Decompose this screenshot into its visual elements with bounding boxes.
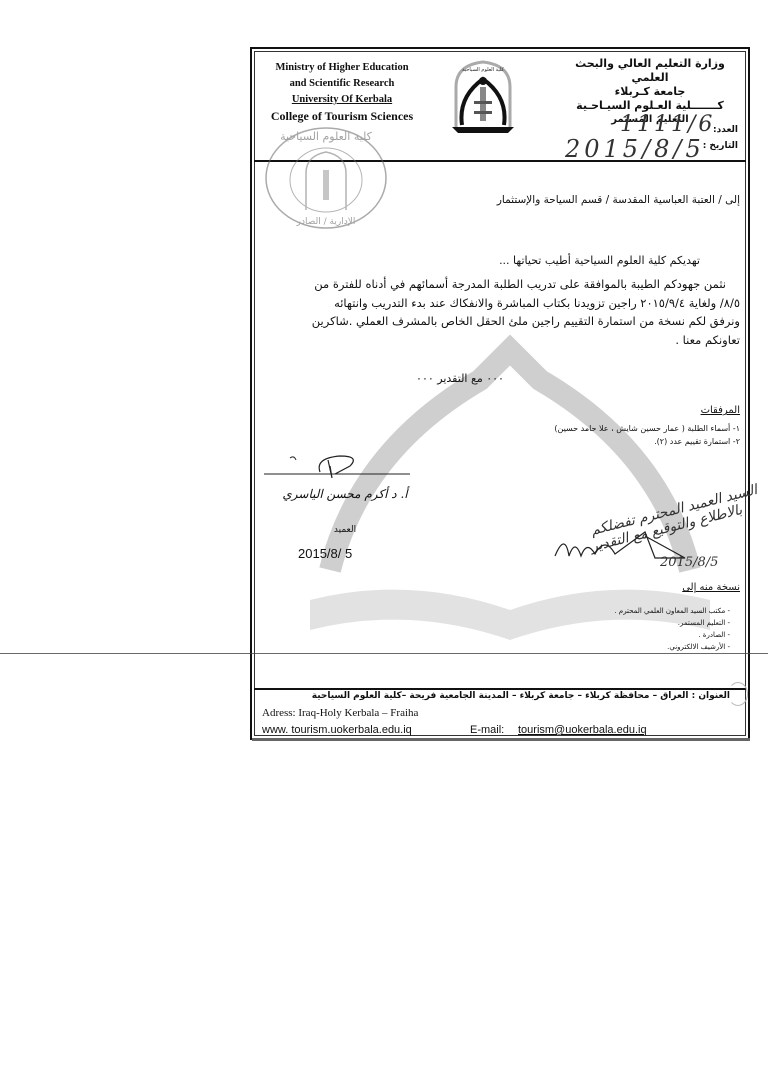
footer-address-arabic: العنوان : العراق – محافظة كربلاء – جامعة… — [260, 691, 730, 701]
attachment-item: ٢- استمارة تقييم عدد (٢). — [460, 435, 740, 448]
college-line-ar: كـــــــلية العـلوم السيـاحـية — [560, 99, 740, 113]
college-stamp-icon: كلية العلوم السياحية الإدارية / الصادر — [262, 118, 390, 230]
attachments-title: المرفقات — [600, 405, 740, 416]
svg-text:كلية العلوم السياحية: كلية العلوم السياحية — [462, 67, 504, 73]
copy-item: الأرشيف الالكتروني. — [560, 641, 730, 653]
copy-item: الصادرة . — [560, 629, 730, 641]
copies-title: نسخة منه إلى — [640, 582, 740, 593]
svg-text:الإدارية / الصادر: الإدارية / الصادر — [296, 217, 356, 227]
handwritten-note-date: 2015/8/5 — [660, 555, 718, 570]
svg-text:كلية العلوم السياحية: كلية العلوم السياحية — [280, 130, 373, 143]
dean-signature-icon — [260, 452, 420, 482]
university-line: University Of Kerbala — [262, 92, 422, 108]
college-emblem-icon: كلية العلوم السياحية — [448, 57, 518, 137]
university-line-ar: جامعة كـربلاء — [560, 85, 740, 99]
dean-name: أ. د أكرم محسن الياسري — [270, 487, 420, 501]
footer-website-link[interactable]: www. tourism.uokerbala.edu.iq — [262, 724, 412, 736]
recipient-line: إلى / العتبة العباسية المقدسة / قسم السي… — [370, 194, 740, 206]
body-line-3: ونرفق لكم نسخة من استمارة التقييم راجين … — [262, 312, 740, 331]
reference-number-handwritten: 1111/6 — [620, 112, 715, 137]
footer-email-link[interactable]: tourism@uokerbala.edu.iq — [518, 724, 647, 736]
ministry-line-ar: وزارة التعليم العالي والبحث العلمي — [560, 57, 740, 85]
body-line-2: ٨/٥/ ولغاية ٢٠١٥/٩/٤ راجين تزويدنا بكتاب… — [262, 294, 740, 313]
copy-item: مكتب السيد المعاون العلمي المحترم . — [560, 605, 730, 617]
dean-title: العميد — [300, 525, 390, 535]
punch-hole-mark — [728, 682, 748, 706]
ministry-line: Ministry of Higher Education — [262, 60, 422, 76]
body-line-1: نثمن جهودكم الطيبة بالموافقة على تدريب ا… — [262, 275, 740, 294]
english-letterhead: Ministry of Higher Education and Scienti… — [262, 60, 422, 124]
greeting-line: تهديكم كلية العلوم السياحية أطيب تحياتها… — [400, 254, 700, 267]
letter-body: نثمن جهودكم الطيبة بالموافقة على تدريب ا… — [262, 275, 740, 349]
reference-date-handwritten: 2015/8/5 — [565, 135, 705, 163]
footer-address-english: Adress: Iraq-Holy Kerbala – Fraiha — [262, 707, 418, 719]
research-line: and Scientific Research — [262, 76, 422, 92]
footer-divider — [254, 688, 746, 690]
attachment-item: ١- أسماء الطلبة ( عمار حسين شايش ، علا ح… — [460, 422, 740, 435]
attachments-list: ١- أسماء الطلبة ( عمار حسين شايش ، علا ح… — [460, 422, 740, 448]
footer-email-label: E-mail: — [470, 724, 504, 736]
signature-date: 2015/8/ 5 — [298, 546, 352, 561]
frame-shadow — [252, 738, 750, 741]
copies-list: مكتب السيد المعاون العلمي المحترم . التع… — [560, 605, 730, 653]
copy-item: التعليم المستمر. — [560, 617, 730, 629]
body-line-4: تعاونكم معنا . — [262, 331, 740, 350]
scanned-letter-page: Ministry of Higher Education and Scienti… — [0, 0, 768, 1086]
closing-line: ٠٠٠ مع التقدير ٠٠٠ — [380, 372, 540, 385]
scan-artifact-line — [0, 653, 768, 654]
